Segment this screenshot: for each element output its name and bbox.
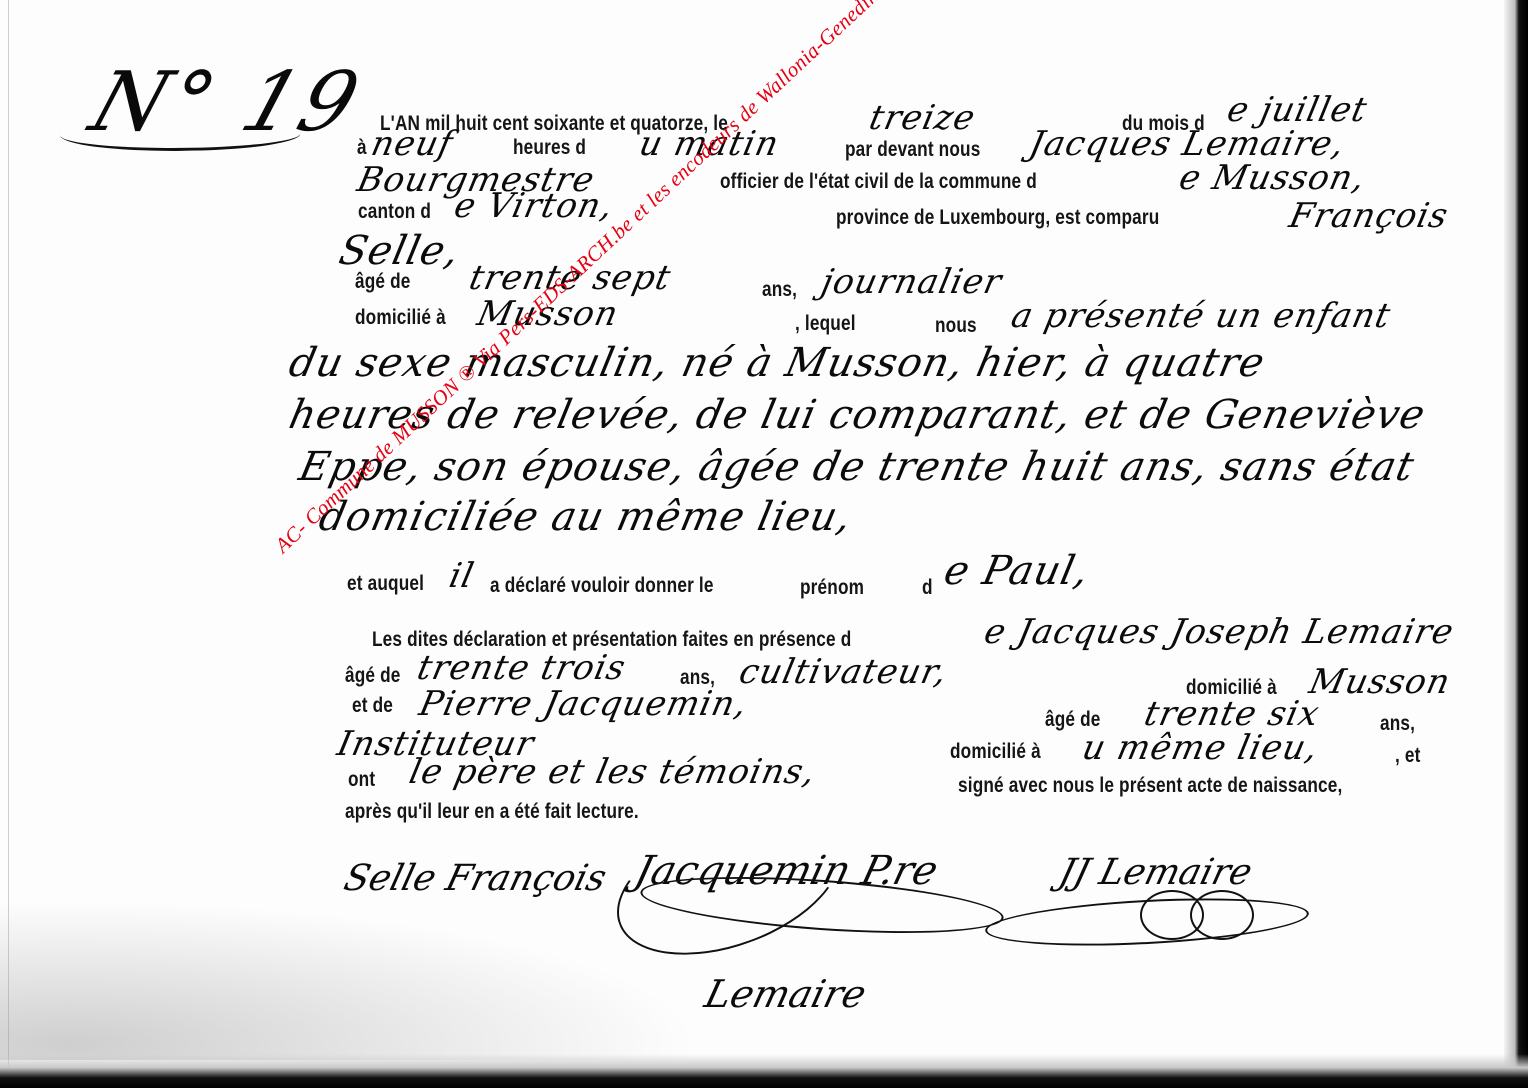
printed-after-reading: après qu'il leur en a été fait lecture.: [345, 800, 639, 824]
printed-ans: ans,: [762, 278, 797, 302]
printed-and-of: et de: [352, 694, 393, 718]
printed-comma-et: , et: [1395, 744, 1421, 768]
printed-domicile-label: domicilié à: [355, 306, 446, 330]
hand-body-line-3: Eppe, son épouse, âgée de trente huit an…: [295, 444, 1418, 490]
printed-prenom: prénom: [800, 576, 864, 600]
printed-a: à: [357, 136, 367, 160]
printed-nous: nous: [935, 314, 977, 338]
hand-body-line-1: du sexe masculin, né à Musson, hier, à q…: [285, 340, 1269, 386]
printed-officer-line: officier de l'état civil de la commune d: [720, 170, 1037, 194]
hand-commune: e Musson,: [1176, 158, 1369, 198]
printed-province: province de Luxembourg, est comparu: [836, 206, 1159, 230]
printed-witness-age: âgé de: [345, 664, 401, 688]
hand-day: treize: [866, 98, 979, 138]
hand-body-line-4: domiciliée au même lieu,: [315, 494, 856, 540]
paper-grain: [0, 900, 700, 1060]
page-bottom-edge: [0, 1054, 1528, 1088]
document-page: N° 19 L'AN mil huit cent soixante et qua…: [0, 0, 1528, 1088]
hand-witness1-domicile: Musson: [1306, 662, 1454, 702]
printed-canton: canton d: [358, 200, 431, 224]
printed-witness2-ans: ans,: [1380, 712, 1415, 736]
page-binding-edge: [1504, 0, 1528, 1088]
printed-lequel: , lequel: [795, 312, 856, 336]
printed-age-label: âgé de: [355, 270, 411, 294]
printed-declared: a déclaré vouloir donner le: [490, 574, 714, 598]
signature-declarant: Selle François: [340, 858, 611, 899]
hand-child-name: e Paul,: [940, 548, 1093, 594]
printed-and-to-whom: et auquel: [347, 572, 424, 596]
printed-witness2-domicile: domicilié à: [950, 740, 1041, 764]
hand-witness2-name: Pierre Jacquemin,: [416, 684, 751, 724]
signature-lemaire-officer: Lemaire: [701, 972, 871, 1016]
printed-ont: ont: [348, 768, 375, 792]
hand-declarant-first: François: [1286, 196, 1452, 236]
printed-signed: signé avec nous le présent acte de naiss…: [958, 774, 1342, 798]
hand-witness1-name: e Jacques Joseph Lemaire: [981, 612, 1458, 652]
printed-before-us: par devant nous: [845, 138, 980, 162]
printed-hours: heures d: [513, 136, 586, 160]
hand-canton: e Virton,: [451, 186, 617, 226]
signature-jj-lemaire: JJ Lemaire: [1055, 852, 1256, 893]
hand-witness1-age: trente trois: [414, 648, 630, 688]
hand-pronoun: il: [446, 556, 478, 596]
signature-flourish: [1190, 890, 1254, 940]
hand-presented: a présenté un enfant: [1008, 296, 1395, 336]
hand-declarant-last: Selle,: [335, 228, 464, 274]
hand-signers: le père et les témoins,: [406, 752, 820, 792]
hand-occupation: journalier: [818, 262, 1006, 302]
hand-witness2-domicile: u même lieu,: [1079, 728, 1322, 768]
printed-d: d: [922, 576, 933, 600]
hand-witness1-occupation: cultivateur,: [736, 652, 951, 692]
hand-hour: neuf: [368, 124, 457, 164]
